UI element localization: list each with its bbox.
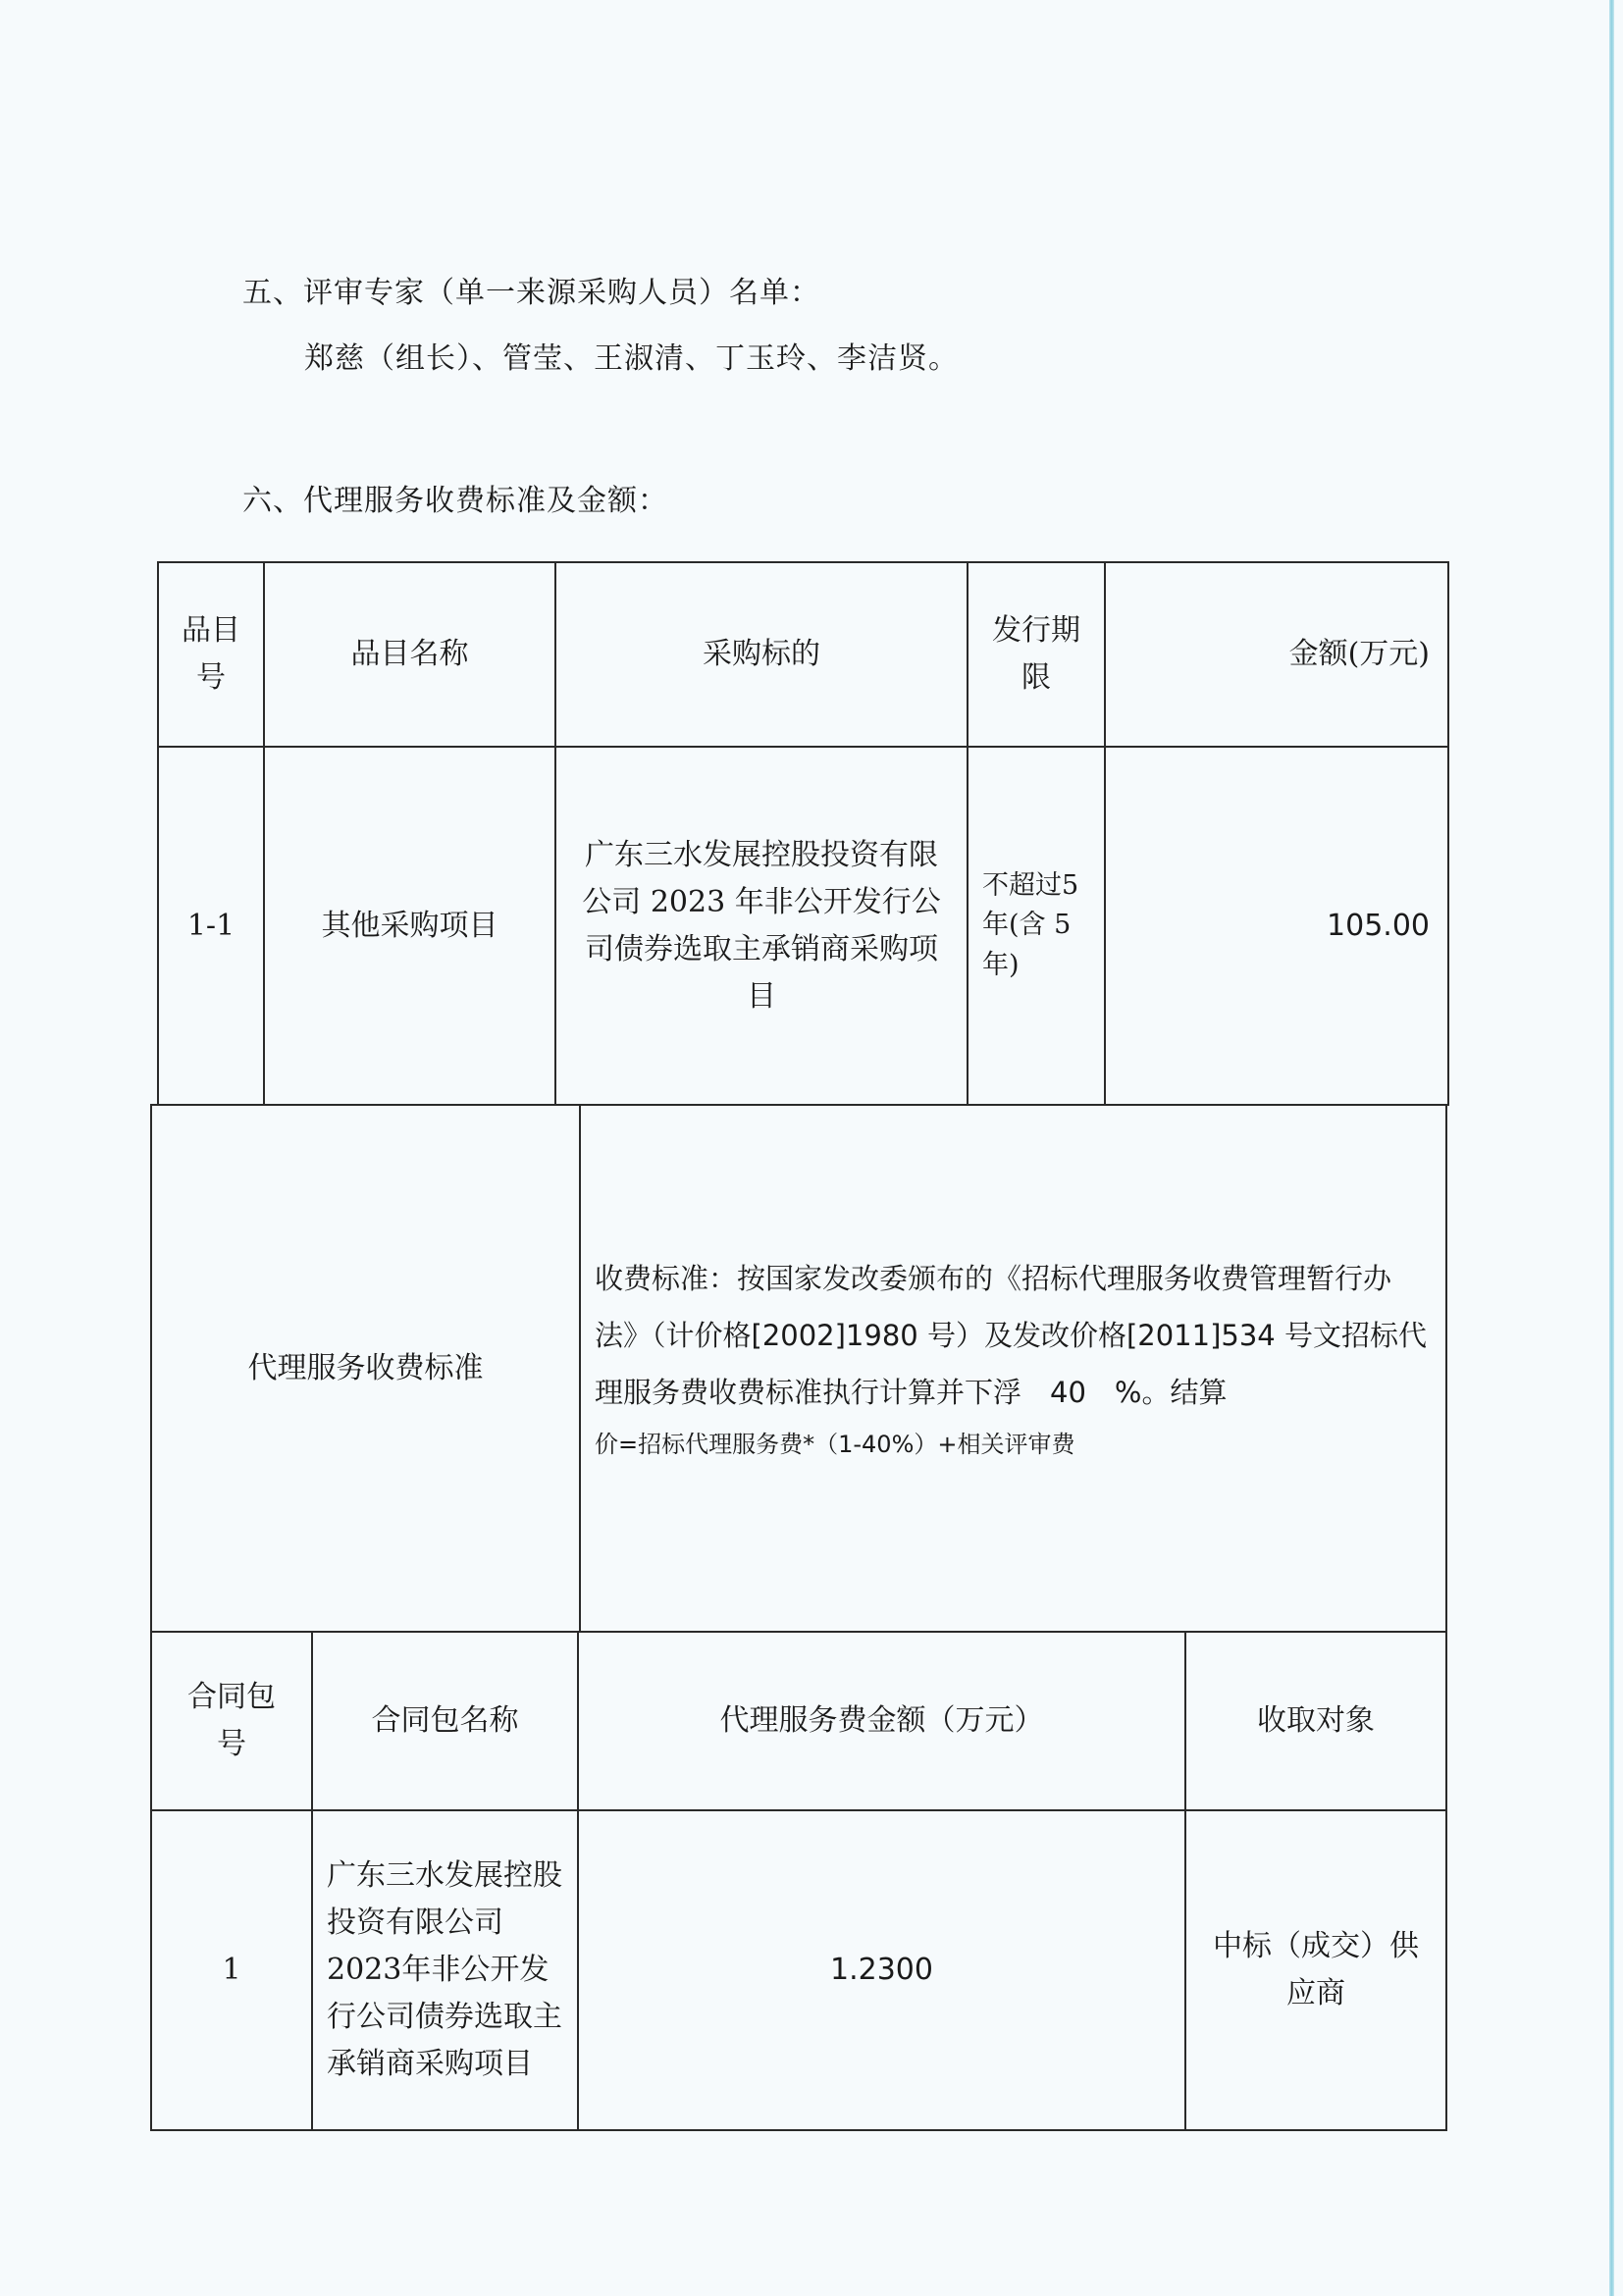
fee-standard-formula: 价=招标代理服务费*（1-40%）+相关评审费 xyxy=(595,1421,1432,1468)
item-table-header-row: 品目号 品目名称 采购标的 发行期限 金额(万元) xyxy=(158,562,1448,747)
fee-standard-label: 代理服务收费标准 xyxy=(151,1105,580,1632)
header-item-name: 品目名称 xyxy=(264,562,555,747)
issue-term: 不超过5年(含 5年) xyxy=(968,747,1105,1105)
package-no: 1 xyxy=(151,1810,312,2130)
section6-heading: 六、代理服务收费标准及金额： xyxy=(242,476,668,519)
package-table-header-row: 合同包号 合同包名称 代理服务费金额（万元） 收取对象 xyxy=(151,1632,1446,1810)
header-package-no: 合同包号 xyxy=(151,1632,312,1810)
section5-heading: 五、评审专家（单一来源采购人员）名单： xyxy=(242,268,820,311)
item-amount: 105.00 xyxy=(1105,747,1448,1105)
document-page: 五、评审专家（单一来源采购人员）名单： 郑慈（组长）、管莹、王淑清、丁玉玲、李洁… xyxy=(0,0,1623,2296)
item-table: 品目号 品目名称 采购标的 发行期限 金额(万元) 1-1 其他采购项目 广东三… xyxy=(157,561,1449,1106)
page-edge-line xyxy=(1609,0,1614,2296)
fee-standard-text: 收费标准：按国家发改委颁布的《招标代理服务收费管理暂行办法》（计价格[2002]… xyxy=(595,1250,1432,1421)
fee-payer: 中标（成交）供应商 xyxy=(1185,1810,1446,2130)
procurement-subject: 广东三水发展控股投资有限公司 2023 年非公开发行公司债券选取主承销商采购项目 xyxy=(555,747,968,1105)
table-row: 1-1 其他采购项目 广东三水发展控股投资有限公司 2023 年非公开发行公司债… xyxy=(158,747,1448,1105)
agency-fee-amount: 1.2300 xyxy=(578,1810,1185,2130)
table-row: 1 广东三水发展控股投资有限公司2023年非公开发行公司债券选取主承销商采购项目… xyxy=(151,1810,1446,2130)
package-table: 合同包号 合同包名称 代理服务费金额（万元） 收取对象 1 广东三水发展控股投资… xyxy=(150,1631,1447,2131)
fee-standard-row: 代理服务收费标准 收费标准：按国家发改委颁布的《招标代理服务收费管理暂行办法》（… xyxy=(151,1105,1446,1632)
header-payer: 收取对象 xyxy=(1185,1632,1446,1810)
header-term: 发行期限 xyxy=(968,562,1105,747)
fee-standard-text-cell: 收费标准：按国家发改委颁布的《招标代理服务收费管理暂行办法》（计价格[2002]… xyxy=(580,1105,1446,1632)
header-fee-amount: 代理服务费金额（万元） xyxy=(578,1632,1185,1810)
item-name: 其他采购项目 xyxy=(264,747,555,1105)
header-subject: 采购标的 xyxy=(555,562,968,747)
header-amount: 金额(万元) xyxy=(1105,562,1448,747)
header-package-name: 合同包名称 xyxy=(312,1632,578,1810)
expert-list: 郑慈（组长）、管莹、王淑清、丁玉玲、李洁贤。 xyxy=(304,334,959,377)
package-name: 广东三水发展控股投资有限公司2023年非公开发行公司债券选取主承销商采购项目 xyxy=(312,1810,578,2130)
fee-standard-table: 代理服务收费标准 收费标准：按国家发改委颁布的《招标代理服务收费管理暂行办法》（… xyxy=(150,1104,1447,1633)
header-item-no: 品目号 xyxy=(158,562,264,747)
item-no: 1-1 xyxy=(158,747,264,1105)
